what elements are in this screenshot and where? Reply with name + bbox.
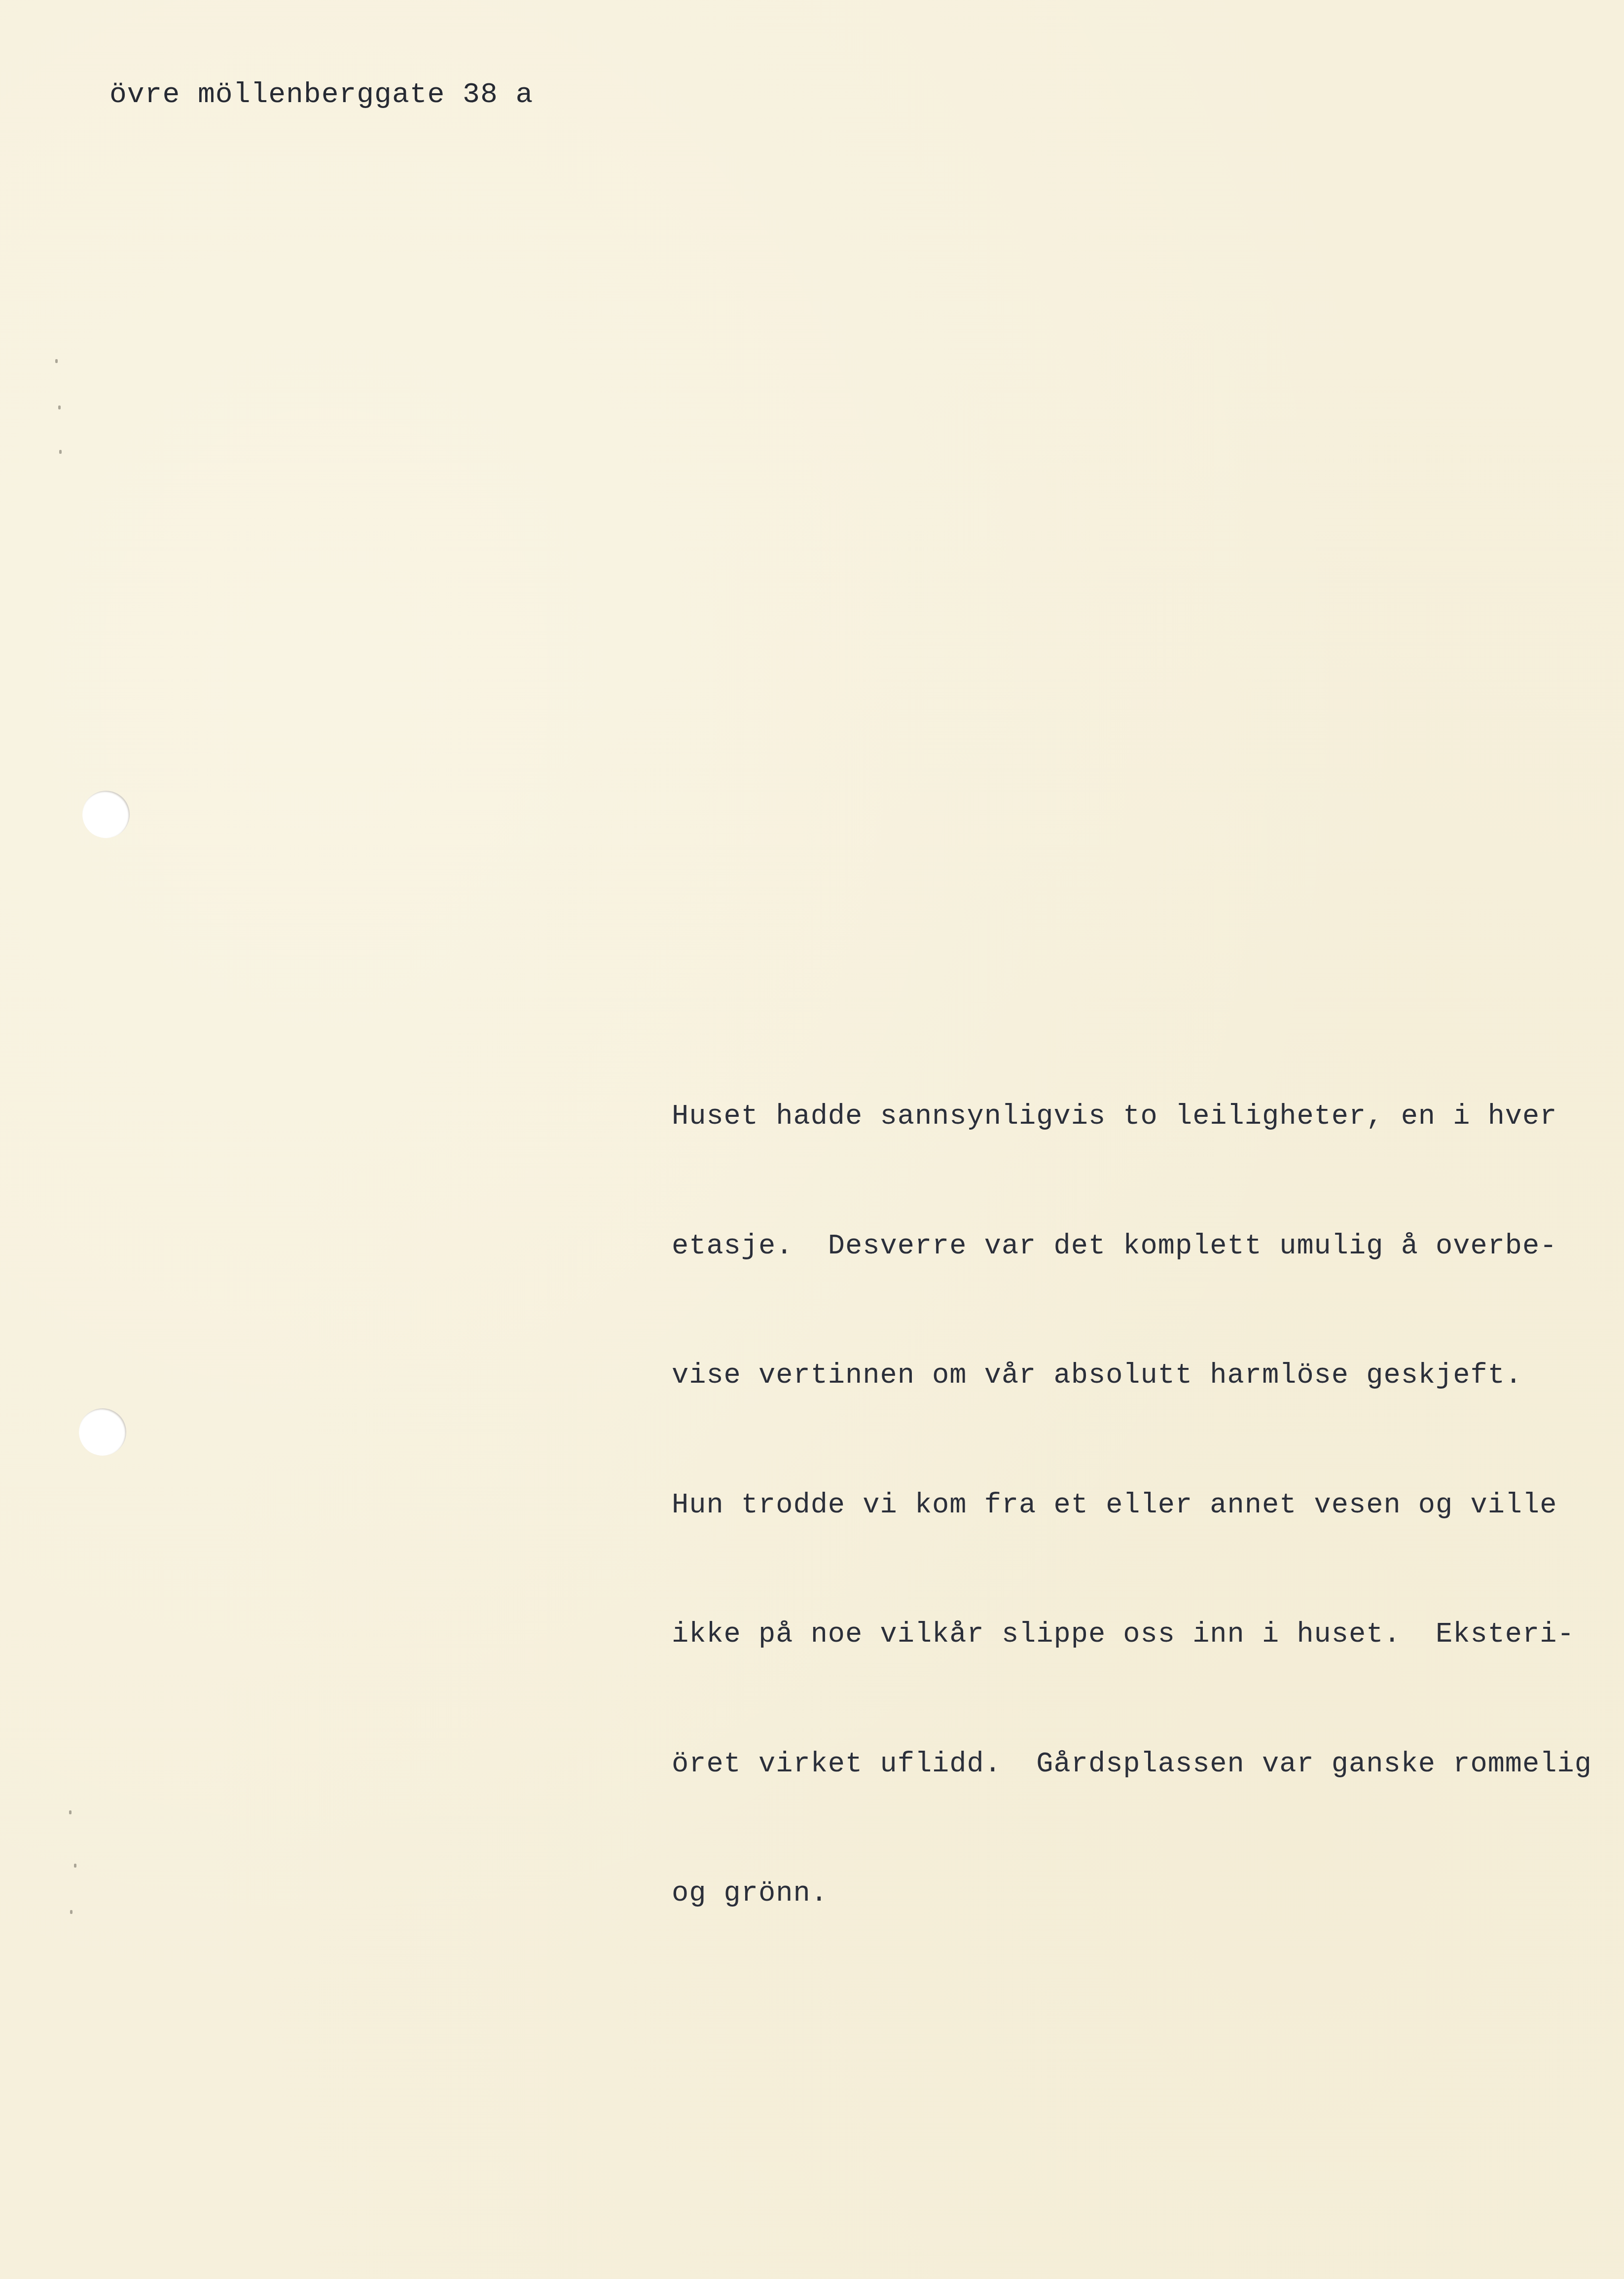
paragraph-line: Huset hadde sannsynligvis to leiligheter… xyxy=(672,1096,1592,1139)
paragraph-line: vise vertinnen om vår absolutt harmlöse … xyxy=(672,1355,1592,1398)
paper-speck xyxy=(69,1810,72,1814)
paragraph-line: etasje. Desverre var det komplett umulig… xyxy=(672,1225,1592,1269)
document-paragraph: Huset hadde sannsynligvis to leiligheter… xyxy=(672,1009,1592,2002)
paper-speck xyxy=(58,405,61,409)
paper-speck xyxy=(55,359,58,363)
paragraph-line: ikke på noe vilkår slippe oss inn i huse… xyxy=(672,1614,1592,1657)
paper-speck xyxy=(74,1864,76,1868)
punch-hole xyxy=(82,791,130,838)
paper-speck xyxy=(70,1910,72,1914)
paragraph-line: öret virket uflidd. Gårdsplassen var gan… xyxy=(672,1743,1592,1787)
paragraph-line: Hun trodde vi kom fra et eller annet ves… xyxy=(672,1484,1592,1528)
paragraph-line: og grönn. xyxy=(672,1873,1592,1916)
paper-page: övre möllenberggate 38 a Huset hadde san… xyxy=(0,0,1624,2279)
paper-speck xyxy=(59,450,62,454)
document-heading: övre möllenberggate 38 a xyxy=(109,78,533,112)
punch-hole xyxy=(79,1408,126,1456)
